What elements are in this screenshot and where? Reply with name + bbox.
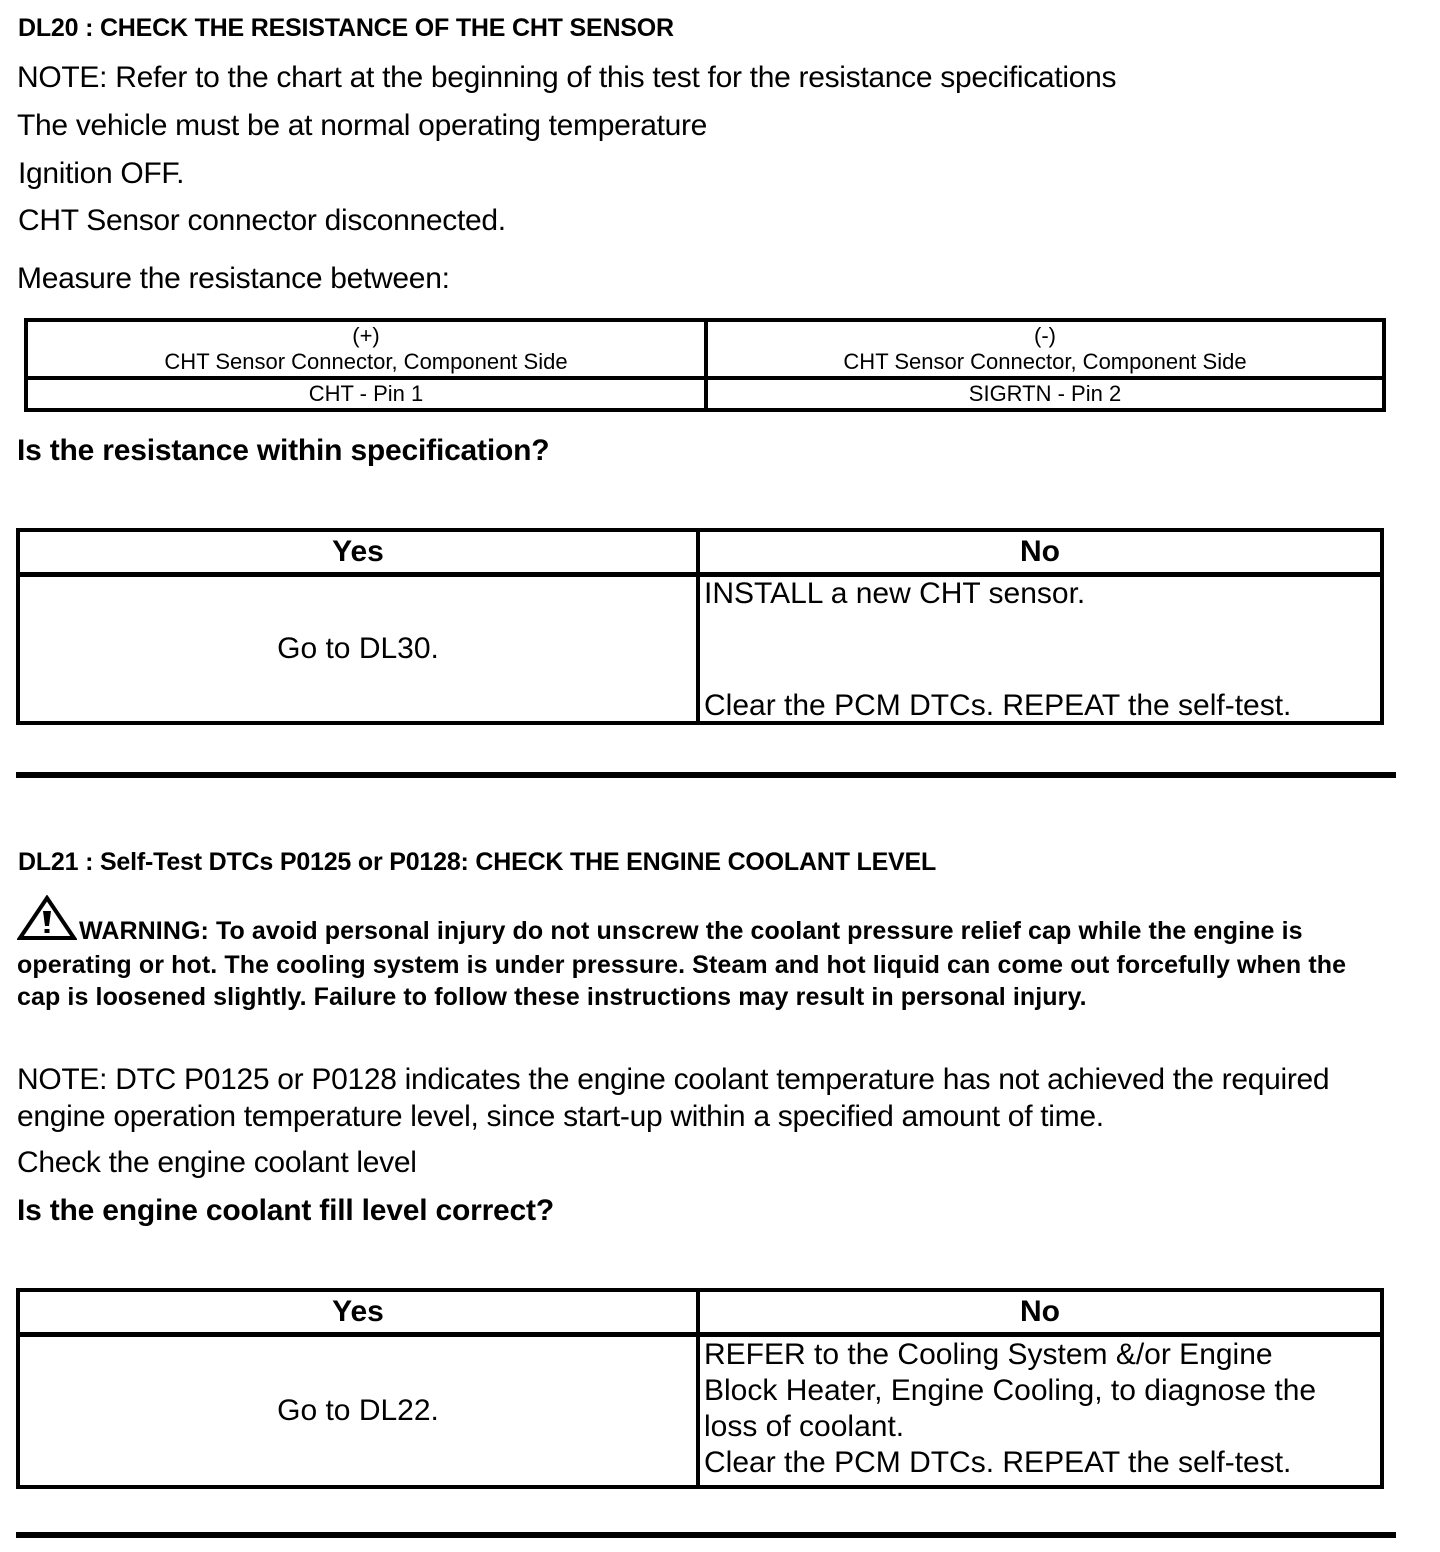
no-answer-line: REFER to the Cooling System &/or Engine: [704, 1337, 1380, 1373]
pin-cell-positive: CHT - Pin 1: [28, 380, 708, 408]
connector-label: CHT Sensor Connector, Component Side: [164, 349, 567, 375]
no-header: No: [700, 532, 1380, 577]
measure-label: Measure the resistance between:: [17, 262, 450, 296]
answer-table-dl21: Yes No Go to DL22. REFER to the Cooling …: [16, 1288, 1384, 1489]
question-dl21: Is the engine coolant fill level correct…: [17, 1194, 554, 1228]
pin-cell-negative: SIGRTN - Pin 2: [708, 380, 1382, 408]
question-dl20: Is the resistance within specification?: [17, 434, 549, 468]
no-answer-cell: INSTALL a new CHT sensor. Clear the PCM …: [700, 577, 1380, 721]
polarity-label: (-): [1034, 323, 1056, 349]
polarity-label: (+): [352, 323, 380, 349]
note-paragraph: NOTE: DTC P0125 or P0128 indicates the e…: [17, 1061, 1397, 1135]
warning-text: WARNING: To avoid personal injury do not…: [17, 917, 1346, 1011]
no-answer-line: INSTALL a new CHT sensor.: [704, 577, 1085, 611]
note-line: NOTE: Refer to the chart at the beginnin…: [17, 61, 1116, 95]
step-heading-dl21: DL21 : Self-Test DTCs P0125 or P0128: CH…: [18, 848, 936, 877]
yes-header: Yes: [20, 532, 700, 577]
instruction-line: Check the engine coolant level: [17, 1146, 417, 1180]
pin-table-header-positive: (+) CHT Sensor Connector, Component Side: [28, 322, 708, 380]
yes-header: Yes: [20, 1292, 700, 1337]
no-answer-line: loss of coolant.: [704, 1409, 1380, 1445]
pin-table: (+) CHT Sensor Connector, Component Side…: [24, 318, 1386, 412]
connector-label: CHT Sensor Connector, Component Side: [843, 349, 1246, 375]
no-answer-line: Clear the PCM DTCs. REPEAT the self-test…: [704, 689, 1291, 723]
no-header: No: [700, 1292, 1380, 1337]
step-heading-dl20: DL20 : CHECK THE RESISTANCE OF THE CHT S…: [18, 14, 674, 43]
instruction-line: Ignition OFF.: [18, 157, 184, 191]
answer-table-dl20: Yes No Go to DL30. INSTALL a new CHT sen…: [16, 528, 1384, 725]
instruction-line: CHT Sensor connector disconnected.: [18, 204, 506, 238]
no-answer-line: Clear the PCM DTCs. REPEAT the self-test…: [704, 1445, 1380, 1481]
yes-answer-link[interactable]: Go to DL30.: [20, 577, 700, 721]
pin-table-header-negative: (-) CHT Sensor Connector, Component Side: [708, 322, 1382, 380]
section-divider: [16, 772, 1396, 778]
no-answer-cell: REFER to the Cooling System &/or Engine …: [700, 1337, 1380, 1485]
warning-block: WARNING: To avoid personal injury do not…: [17, 895, 1387, 1013]
no-answer-line: Block Heater, Engine Cooling, to diagnos…: [704, 1373, 1380, 1409]
instruction-line: The vehicle must be at normal operating …: [17, 109, 707, 143]
warning-triangle-icon: [17, 895, 77, 949]
yes-answer-link[interactable]: Go to DL22.: [20, 1337, 700, 1485]
section-divider: [16, 1532, 1396, 1538]
